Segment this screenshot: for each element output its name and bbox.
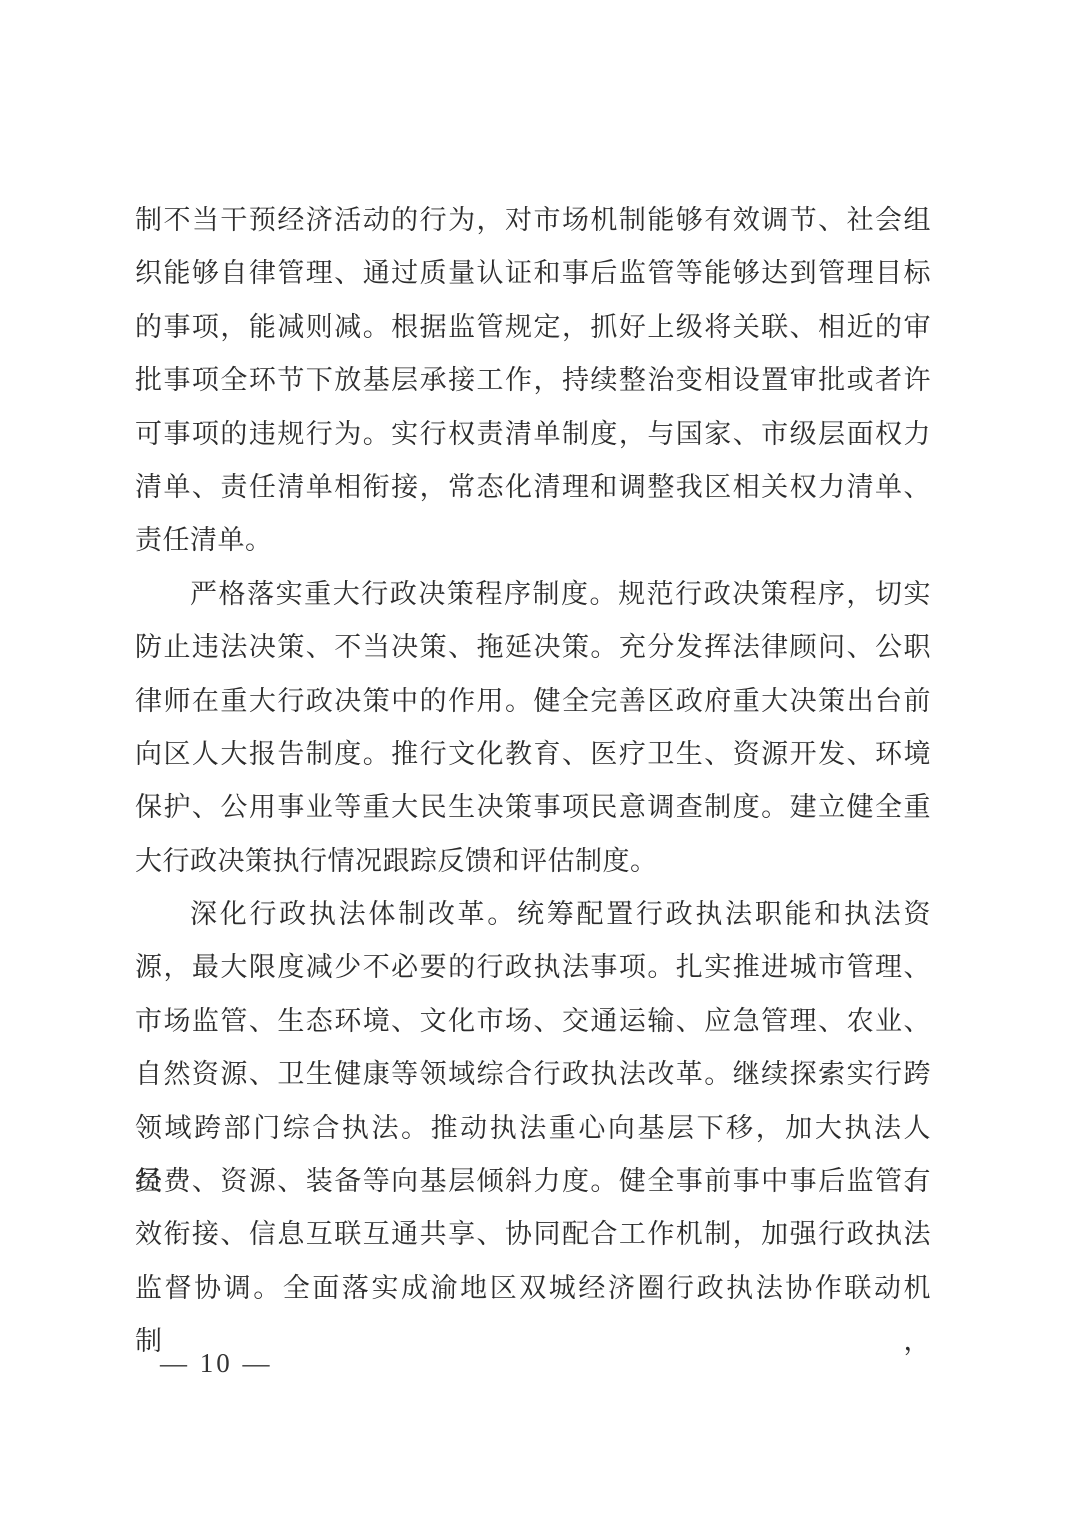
text-line: 大行政决策执行情况跟踪反馈和评估制度。 (135, 835, 931, 888)
document-text-block: 制不当干预经济活动的行为，对市场机制能够有效调节、社会组织能够自律管理、通过质量… (135, 194, 931, 1315)
text-line: 领域跨部门综合执法。推动执法重心向基层下移，加大执法人员、 (135, 1102, 931, 1155)
paragraph: 严格落实重大行政决策程序制度。规范行政决策程序，切实防止违法决策、不当决策、拖延… (135, 568, 931, 888)
text-line: 可事项的违规行为。实行权责清单制度，与国家、市级层面权力 (135, 408, 931, 461)
text-line: 防止违法决策、不当决策、拖延决策。充分发挥法律顾问、公职 (135, 621, 931, 674)
text-line: 责任清单。 (135, 514, 931, 567)
paragraph: 深化行政执法体制改革。统筹配置行政执法职能和执法资源，最大限度减少不必要的行政执… (135, 888, 931, 1315)
text-line: 源，最大限度减少不必要的行政执法事项。扎实推进城市管理、 (135, 941, 931, 994)
text-line: 织能够自律管理、通过质量认证和事后监管等能够达到管理目标 (135, 247, 931, 300)
text-line: 律师在重大行政决策中的作用。健全完善区政府重大决策出台前 (135, 675, 931, 728)
text-line: 经费、资源、装备等向基层倾斜力度。健全事前事中事后监管有 (135, 1155, 931, 1208)
paragraph: 制不当干预经济活动的行为，对市场机制能够有效调节、社会组织能够自律管理、通过质量… (135, 194, 931, 568)
text-line: 市场监管、生态环境、文化市场、交通运输、应急管理、农业、 (135, 995, 931, 1048)
text-line: 监督协调。全面落实成渝地区双城经济圈行政执法协作联动机制， (135, 1262, 931, 1315)
page-footer: — 10 — (160, 1347, 273, 1379)
text-line: 清单、责任清单相衔接，常态化清理和调整我区相关权力清单、 (135, 461, 931, 514)
text-line: 保护、公用事业等重大民生决策事项民意调查制度。建立健全重 (135, 781, 931, 834)
text-line: 制不当干预经济活动的行为，对市场机制能够有效调节、社会组 (135, 194, 931, 247)
page-number: — 10 — (160, 1348, 273, 1378)
text-line: 深化行政执法体制改革。统筹配置行政执法职能和执法资 (135, 888, 931, 941)
text-line: 向区人大报告制度。推行文化教育、医疗卫生、资源开发、环境 (135, 728, 931, 781)
text-line: 自然资源、卫生健康等领域综合行政执法改革。继续探索实行跨 (135, 1048, 931, 1101)
text-line: 批事项全环节下放基层承接工作，持续整治变相设置审批或者许 (135, 354, 931, 407)
document-page: 制不当干预经济活动的行为，对市场机制能够有效调节、社会组织能够自律管理、通过质量… (0, 0, 1074, 1520)
text-line: 严格落实重大行政决策程序制度。规范行政决策程序，切实 (135, 568, 931, 621)
text-line: 的事项，能减则减。根据监管规定，抓好上级将关联、相近的审 (135, 301, 931, 354)
text-line: 效衔接、信息互联互通共享、协同配合工作机制，加强行政执法 (135, 1208, 931, 1261)
